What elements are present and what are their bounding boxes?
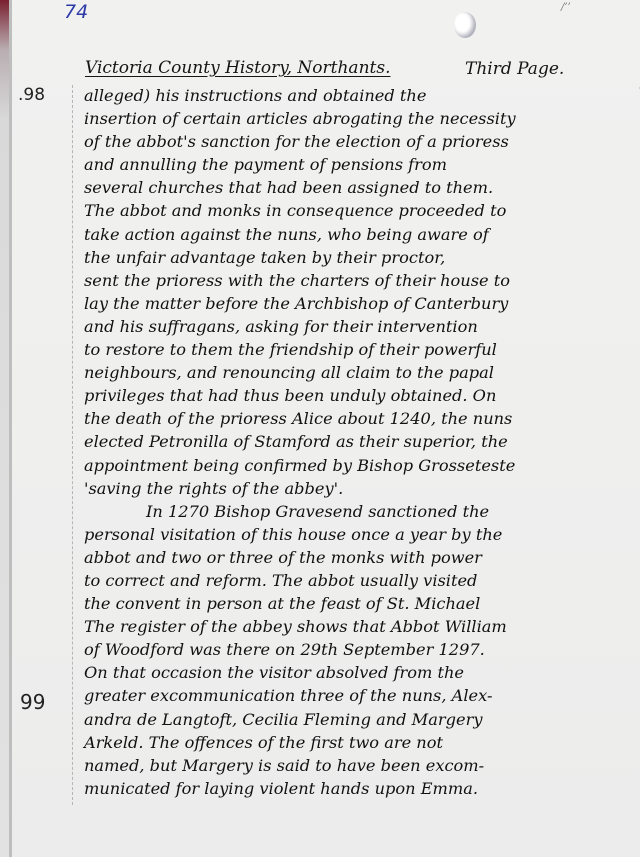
text-line: alleged) his instructions and obtained t… <box>84 84 640 107</box>
text-line: of Woodford was there on 29th September … <box>84 638 640 661</box>
text-line: elected Petronilla of Stamford as their … <box>84 430 640 453</box>
text-line: The register of the abbey shows that Abb… <box>84 615 640 638</box>
text-line: abbot and two or three of the monks with… <box>84 546 640 569</box>
text-line: the death of the prioress Alice about 12… <box>84 407 640 430</box>
binding-edge <box>0 0 9 857</box>
margin-reference-99: 99 <box>20 690 45 714</box>
text-line: to correct and reform. The abbot usually… <box>84 569 640 592</box>
text-line: 'saving the rights of the abbey'. <box>84 477 640 500</box>
text-line: municated for laying violent hands upon … <box>84 777 640 800</box>
text-line: insertion of certain articles abrogating… <box>84 107 640 130</box>
text-line: Arkeld. The offences of the first two ar… <box>84 731 640 754</box>
text-line: named, but Margery is said to have been … <box>84 754 640 777</box>
text-line: privileges that had thus been unduly obt… <box>84 384 640 407</box>
text-line: In 1270 Bishop Gravesend sanctioned the <box>84 500 640 523</box>
margin-reference-98: .98 <box>18 85 45 105</box>
text-line: and his suffragans, asking for their int… <box>84 315 640 338</box>
margin-rule <box>72 85 73 805</box>
text-line: greater excommunication three of the nun… <box>84 684 640 707</box>
text-line: appointment being confirmed by Bishop Gr… <box>84 454 640 477</box>
text-line: sent the prioress with the charters of t… <box>84 269 640 292</box>
text-line: andra de Langtoft, Cecilia Fleming and M… <box>84 708 640 731</box>
text-line: of the abbot's sanction for the election… <box>84 130 640 153</box>
text-line: several churches that had been assigned … <box>84 176 640 199</box>
text-line: neighbours, and renouncing all claim to … <box>84 361 640 384</box>
handwritten-body: alleged) his instructions and obtained t… <box>84 84 640 800</box>
text-line: take action against the nuns, who being … <box>84 223 640 246</box>
text-line: personal visitation of this house once a… <box>84 523 640 546</box>
document-title: Victoria County History, Northants. <box>85 58 390 78</box>
page-label: Third Page. <box>465 59 564 79</box>
text-line: the unfair advantage taken by their proc… <box>84 246 640 269</box>
text-line: The abbot and monks in consequence proce… <box>84 199 640 222</box>
corner-pencil-mark: /’’ <box>561 2 571 13</box>
text-line: the convent in person at the feast of St… <box>84 592 640 615</box>
text-line: to restore to them the friendship of the… <box>84 338 640 361</box>
manuscript-page: 74 /’’ .98 90 99 Victoria County History… <box>12 0 640 857</box>
folio-number: 74 <box>64 1 88 23</box>
text-line: lay the matter before the Archbishop of … <box>84 292 640 315</box>
text-line: and annulling the payment of pensions fr… <box>84 153 640 176</box>
text-line: On that occasion the visitor absolved fr… <box>84 661 640 684</box>
punch-hole <box>454 12 476 38</box>
